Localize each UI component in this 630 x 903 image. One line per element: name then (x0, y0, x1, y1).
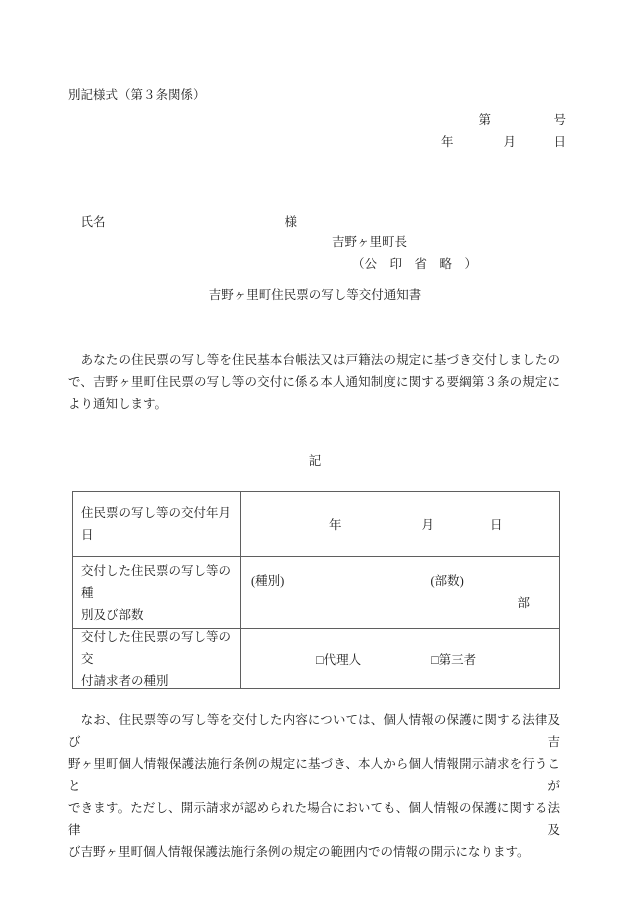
recipient-line: 氏名様 (68, 189, 297, 255)
issuance-table: 住民票の写し等の交付年月日 年 月 日 交付した住民票の写し等の種 別及び部数 … (72, 491, 560, 689)
checkbox-third-party-icon: □ (431, 653, 439, 667)
row2-label-cell: 交付した住民票の写し等の種 別及び部数 (73, 557, 241, 628)
recipient-name-label: 氏名 (81, 215, 106, 229)
form-reference: 別記様式（第３条関係） (68, 84, 206, 106)
copies-unit-label: 部 (517, 596, 530, 610)
body-line: より通知します。 (68, 393, 560, 415)
footer-line: できます。ただし、開示請求が認められた場合においても、個人情報の保護に関する法律… (68, 797, 560, 841)
row2-label-line2: 別及び部数 (81, 604, 234, 626)
year-label: 年 (329, 515, 342, 533)
row3-label-cell: 交付した住民票の写し等の交 付請求者の種別 (73, 629, 241, 688)
footer-paragraph: なお、住民票等の写し等を交付した内容については、個人情報の保護に関する法律及び吉… (68, 709, 560, 863)
seal-omitted-note: （公 印 省 略 ） (352, 253, 477, 275)
table-row-issue-date: 住民票の写し等の交付年月日 年 月 日 (73, 492, 559, 556)
row1-value-cell: 年 月 日 (241, 492, 559, 556)
issuer-name: 吉野ヶ里町長 (332, 231, 407, 253)
row3-label-line1: 交付した住民票の写し等の交 (81, 626, 234, 670)
row1-label-cell: 住民票の写し等の交付年月日 (73, 492, 241, 556)
body-paragraph: あなたの住民票の写し等を住民基本台帳法又は戸籍法の規定に基づき交付しましたの で… (68, 349, 560, 415)
footer-line: 野ヶ里町個人情報保護法施行条例の規定に基づき、本人から個人情報開示請求を行うこと… (68, 753, 560, 797)
record-marker: 記 (0, 450, 630, 472)
table-row-type-copies: 交付した住民票の写し等の種 別及び部数 (種別) (部数) 部 (73, 556, 559, 628)
row3-label-line2: 付請求者の種別 (81, 670, 234, 692)
row3-value-cell: □代理人 □第三者 (241, 629, 559, 688)
document-date-line: 年 月 日 (441, 131, 566, 153)
row2-value-line1: (種別) (部数) (241, 570, 559, 592)
recipient-honorific: 様 (285, 215, 298, 229)
footer-line: び吉野ヶ里町個人情報保護法施行条例の規定の範囲内での情報の開示になります。 (68, 841, 560, 863)
row2-label-line1: 交付した住民票の写し等の種 (81, 560, 234, 604)
proxy-option: □代理人 (316, 650, 361, 668)
footer-line: なお、住民票等の写し等を交付した内容については、個人情報の保護に関する法律及び吉 (68, 709, 560, 753)
type-field-label: (種別) (251, 574, 284, 588)
row2-value-cell: (種別) (部数) 部 (241, 557, 559, 628)
document-number-line: 第 号 (478, 109, 566, 131)
body-line: で、吉野ヶ里町住民票の写し等の交付に係る本人通知制度に関する要綱第３条の規定に (68, 371, 560, 393)
document-page: 別記様式（第３条関係） 第 号 年 月 日 氏名様 吉野ヶ里町長 （公 印 省 … (0, 0, 630, 903)
checkbox-proxy-icon: □ (316, 653, 324, 667)
proxy-option-label: 代理人 (324, 653, 362, 667)
third-party-option: □第三者 (431, 650, 476, 668)
day-label: 日 (490, 515, 503, 533)
copies-field-label: (部数) (430, 574, 463, 588)
third-party-option-label: 第三者 (439, 653, 477, 667)
document-title: 吉野ヶ里町住民票の写し等交付通知書 (0, 284, 630, 306)
table-row-requester-type: 交付した住民票の写し等の交 付請求者の種別 □代理人 □第三者 (73, 628, 559, 688)
body-line: あなたの住民票の写し等を住民基本台帳法又は戸籍法の規定に基づき交付しましたの (68, 349, 560, 371)
month-label: 月 (422, 515, 435, 533)
row2-value-line2: 部 (241, 592, 559, 614)
row1-label: 住民票の写し等の交付年月日 (81, 502, 234, 546)
